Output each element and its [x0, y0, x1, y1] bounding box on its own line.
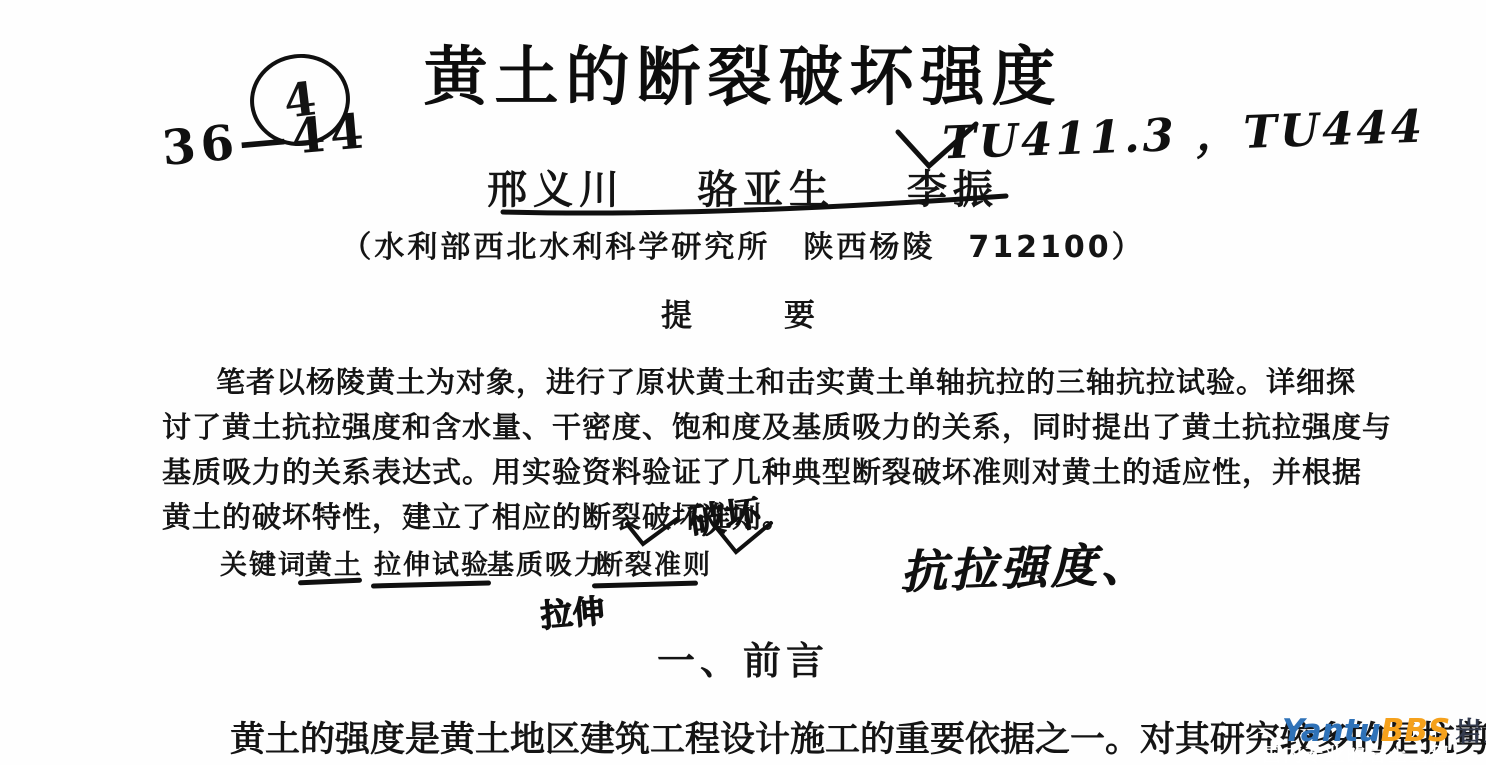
abstract-line: 笔者以杨陵黄土为对象，进行了原状黄土和击实黄土单轴抗拉的三轴抗拉试验。详细探: [162, 360, 1358, 405]
watermark-cn-text: 岩土在线: [1455, 717, 1486, 748]
keyword: 黄土: [305, 543, 363, 582]
handwritten-check-icon: [893, 120, 981, 172]
handwritten-note-tensile-strength: 抗拉强度、: [899, 528, 1151, 603]
handwritten-check-icon: [712, 520, 776, 558]
handwritten-author-underline: [498, 188, 1018, 218]
keyword: 拉伸试验: [374, 543, 490, 582]
abstract-line: 讨了黄土抗拉强度和含水量、干密度、饱和度及基质吸力的关系，同时提出了黄土抗拉强度…: [162, 405, 1358, 450]
affiliation: （水利部西北水利科学研究所 陕西杨陵 712100）: [0, 222, 1486, 266]
abstract-heading: 提 要: [0, 290, 1486, 335]
section-heading: 一、前言: [0, 630, 1486, 685]
handwritten-check-icon: [624, 516, 682, 550]
keyword: 基质吸力: [487, 543, 603, 582]
watermark-tagline: 国内专业的岩土工程: [1262, 740, 1451, 765]
scanned-paper-page: 黄土的断裂破坏强度 4 36—44 TU411.3 ，TU444 邢义川 骆亚生…: [0, 0, 1486, 765]
handwritten-scrawl: 拉伸: [538, 585, 606, 636]
keywords-label: 关键词: [220, 543, 307, 582]
abstract-line: 基质吸力的关系表达式。用实验资料验证了几种典型断裂破坏准则对黄土的适应性，并根据: [162, 450, 1358, 495]
